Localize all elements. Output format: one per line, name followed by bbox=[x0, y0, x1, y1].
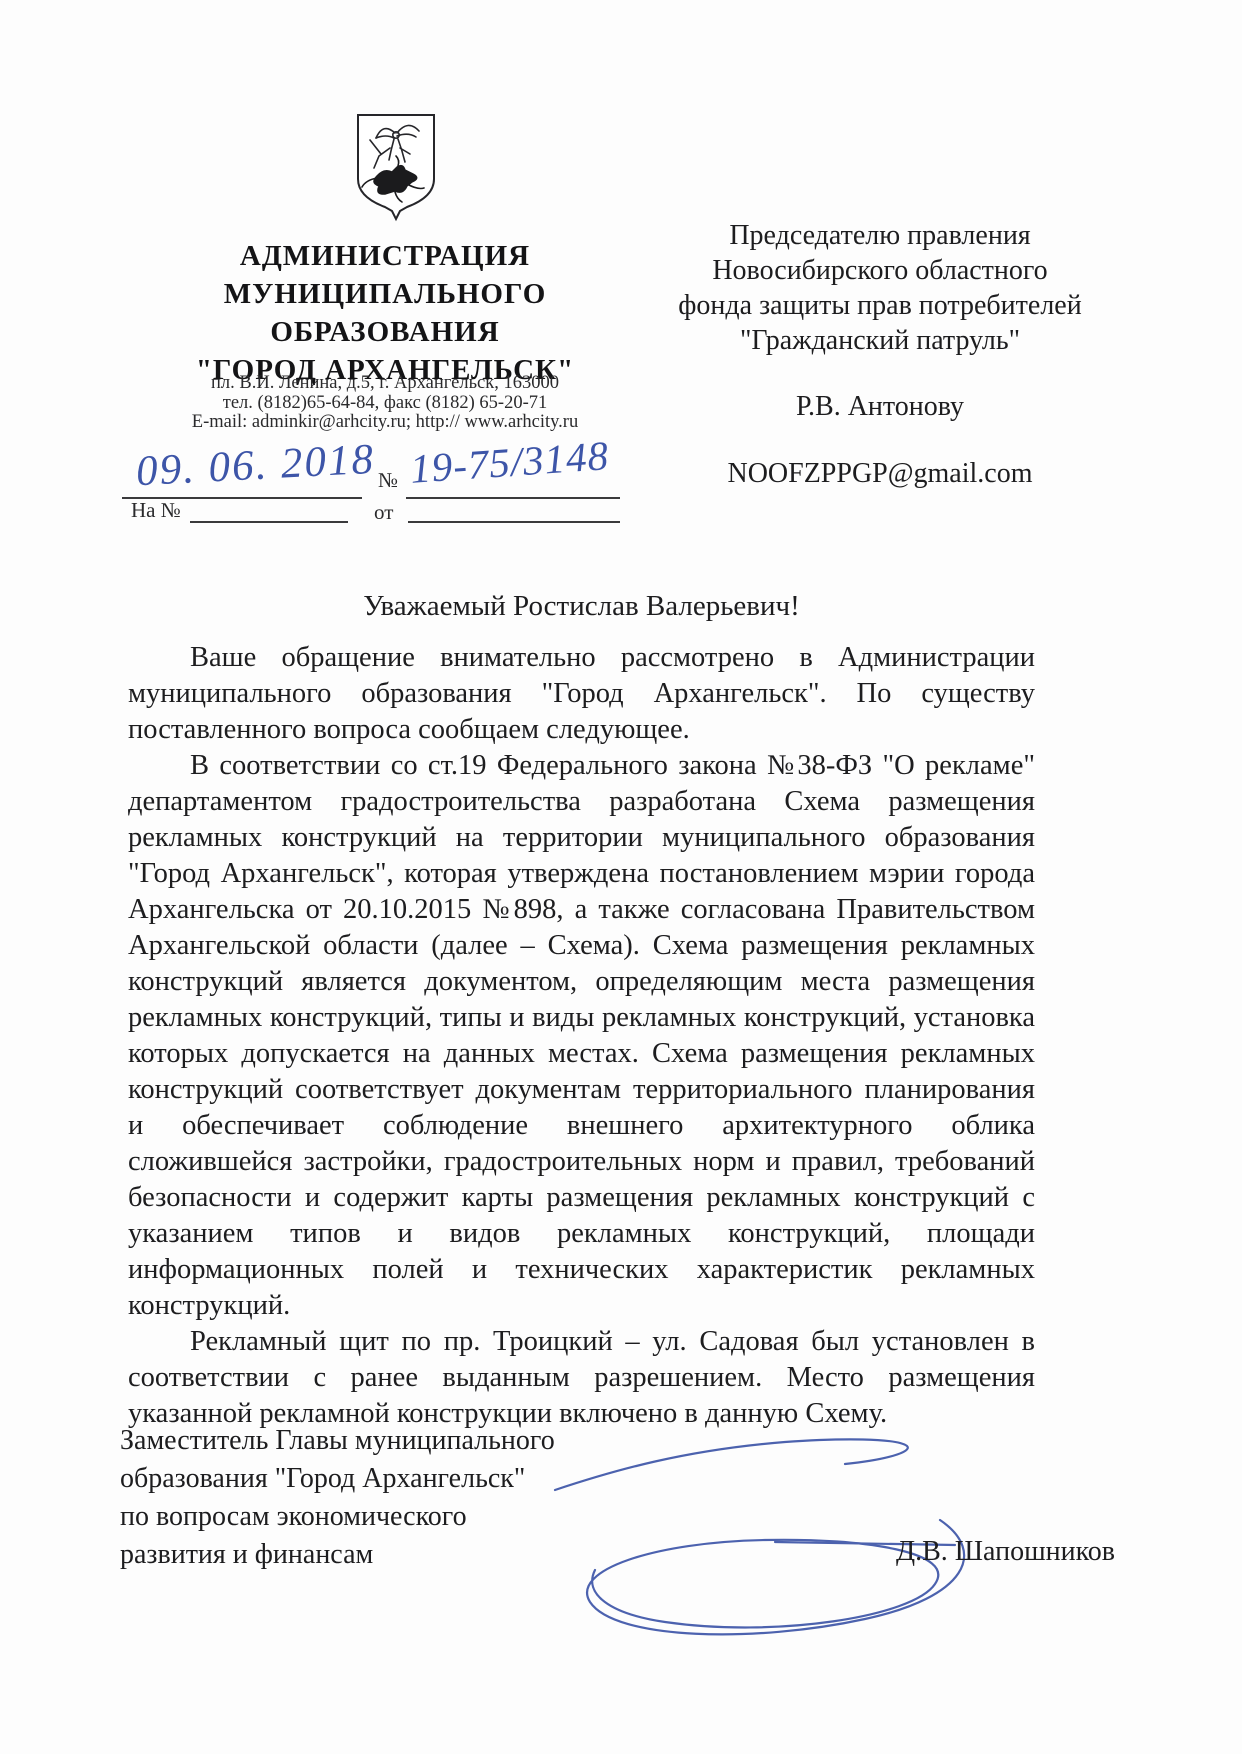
number-underline bbox=[406, 497, 620, 499]
recipient-line: "Гражданский патруль" bbox=[635, 323, 1125, 358]
recipient-line: Новосибирского областного bbox=[635, 253, 1125, 288]
from-label: от bbox=[374, 500, 393, 525]
org-address-line: пл. В.И. Ленина, д.5, г. Архангельск, 16… bbox=[110, 374, 660, 394]
handwritten-date: 09. 06. 2018 bbox=[135, 435, 376, 496]
number-sign-label: № bbox=[378, 468, 398, 493]
org-name-line: МУНИЦИПАЛЬНОГО ОБРАЗОВАНИЯ bbox=[110, 275, 660, 351]
document-page: АДМИНИСТРАЦИЯ МУНИЦИПАЛЬНОГО ОБРАЗОВАНИЯ… bbox=[0, 0, 1242, 1754]
letter-body: Ваше обращение внимательно рассмотрено в… bbox=[128, 640, 1035, 1432]
body-paragraph: В соответствии со ст.19 Федерального зак… bbox=[128, 748, 1035, 1324]
org-address-line: тел. (8182)65-64-84, факс (8182) 65-20-7… bbox=[110, 394, 660, 414]
org-address: пл. В.И. Ленина, д.5, г. Архангельск, 16… bbox=[110, 374, 660, 433]
recipient-email: NOOFZPPGP@gmail.com bbox=[635, 456, 1125, 491]
salutation: Уважаемый Ростислав Валерьевич! bbox=[128, 590, 1035, 623]
signer-name: Д.В. Шапошников bbox=[896, 1536, 1115, 1568]
recipient-line: Председателю правления bbox=[635, 218, 1125, 253]
from-underline bbox=[408, 521, 620, 523]
body-paragraph: Ваше обращение внимательно рассмотрено в… bbox=[128, 640, 1035, 748]
recipient-block: Председателю правления Новосибирского об… bbox=[635, 218, 1125, 491]
on-number-label: На № bbox=[131, 498, 181, 523]
recipient-line: фонда защиты прав потребителей bbox=[635, 288, 1125, 323]
recipient-name: Р.В. Антонову bbox=[635, 389, 1125, 424]
on-number-underline bbox=[190, 521, 348, 523]
org-address-line: E-mail: adminkir@arhcity.ru; http:// www… bbox=[110, 413, 660, 433]
arkhangelsk-coat-of-arms-icon bbox=[350, 110, 442, 222]
org-name-line: АДМИНИСТРАЦИЯ bbox=[110, 237, 660, 275]
org-name: АДМИНИСТРАЦИЯ МУНИЦИПАЛЬНОГО ОБРАЗОВАНИЯ… bbox=[110, 237, 660, 389]
handwritten-outgoing-number: 19-75/3148 bbox=[409, 431, 611, 493]
